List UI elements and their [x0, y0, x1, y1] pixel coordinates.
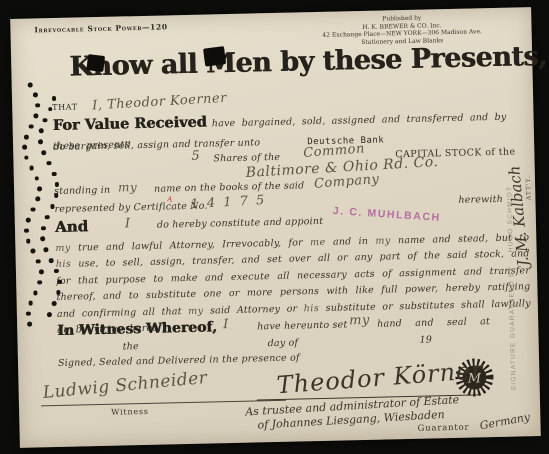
punch-hole-dot	[26, 239, 31, 244]
attorney-seg-2: and in	[333, 236, 368, 248]
punch-hole-dot	[33, 290, 38, 295]
presence-line: Signed, Sealed and Delivered in the pres…	[58, 352, 300, 368]
certificate-number-handwritten: 1 4 1 7 5	[190, 193, 267, 212]
punch-hole-dot	[52, 301, 57, 306]
ink-blot-left	[86, 54, 105, 72]
represented-by-label: represented by Certificate No.	[54, 201, 207, 215]
day-of-label: day of	[268, 338, 299, 350]
the-label: the	[123, 341, 139, 352]
punch-hole-dot	[22, 145, 27, 150]
punch-hole-dot	[54, 193, 59, 198]
witness-signature-handwritten: Ludwig Schneider	[42, 368, 208, 403]
punch-hole-dot	[41, 226, 46, 231]
punch-hole-dot	[43, 118, 48, 123]
books-text: name on the books of the said	[154, 180, 305, 194]
punch-hole-dot	[35, 197, 40, 202]
and-label: And	[55, 217, 88, 236]
attorney-seg-1: true and lawful Attorney, Irrevocably, f…	[78, 237, 303, 253]
punch-hole-dot	[40, 237, 45, 242]
punch-hole-dot	[52, 172, 57, 177]
punch-hole-dot	[49, 258, 54, 263]
witness-label: Witness	[111, 407, 149, 417]
punch-hole-dot	[33, 114, 38, 119]
punch-hole-dot	[29, 124, 34, 129]
punch-hole-dot	[24, 155, 29, 160]
punch-hole-dot	[31, 249, 36, 254]
punch-hole-dot	[50, 204, 55, 209]
punch-hole-dot	[28, 82, 33, 87]
punch-hole-dot	[26, 218, 31, 223]
photo-background: { "header": { "form_label": "Irrevocable…	[0, 0, 549, 454]
punch-hole-dot	[37, 186, 42, 191]
ink-blot-right	[203, 46, 226, 67]
year-prefix: 19	[419, 334, 432, 345]
punch-hole-dot	[57, 279, 62, 284]
punch-hole-dot	[35, 103, 40, 108]
punch-hole-dot	[39, 269, 44, 274]
form-label: Irrevocable Stock Power—120	[34, 22, 167, 34]
document-paper: Irrevocable Stock Power—120 Published by…	[10, 7, 541, 448]
punch-hole-dot	[24, 228, 29, 233]
attorney-name-stamp: J. C. MUHLBACH	[332, 205, 441, 224]
my-handwritten-2: my	[55, 243, 71, 254]
punch-hole-dot	[33, 93, 38, 98]
punch-hole-dot	[34, 176, 39, 181]
document-title: Know all Men by these Presents,	[69, 41, 547, 83]
punch-hole-dot	[29, 166, 34, 171]
my-handwritten-3: my	[375, 235, 391, 246]
punch-hole-dot	[31, 207, 36, 212]
herewith-label: herewith	[458, 194, 503, 206]
punch-hole-dot	[41, 150, 46, 155]
appoint-text: do hereby constitute and appoint	[157, 216, 323, 231]
punch-hole-dot	[24, 135, 29, 140]
guarantor-country-handwritten: Germany	[479, 410, 531, 432]
punch-hole-dot	[45, 215, 50, 220]
i-handwritten-1: I	[125, 216, 131, 231]
punch-hole-dot	[38, 139, 43, 144]
standing-in-label: standing in	[54, 185, 110, 197]
his-handwritten-2: his	[304, 303, 320, 314]
me-handwritten: me	[310, 237, 326, 248]
guarantor-label: Guarantor	[417, 423, 469, 434]
punch-hole-dot	[52, 96, 57, 101]
punch-hole-dot	[28, 322, 33, 327]
that-label: THAT	[52, 102, 78, 112]
punch-hole-dot	[28, 301, 33, 306]
margin-attorney-title: ATT'Y.	[525, 175, 533, 200]
witness-text-1: have hereunto set	[257, 319, 347, 332]
punch-hole-dot	[47, 312, 52, 317]
punch-hole-dot	[36, 259, 41, 264]
clause-text-2: do bargain, sell, assign and transfer un…	[53, 137, 260, 153]
i-handwritten-2: I	[223, 317, 229, 332]
for-value-received-label: For Value Received	[52, 114, 206, 134]
grantor-name-handwritten: I, Theodor Koerner	[92, 91, 227, 114]
shares-qty-handwritten: 5	[191, 149, 200, 164]
punch-hole-dot	[47, 161, 52, 166]
shares-of-the-label: Shares of the	[213, 152, 280, 165]
punch-hole-dot	[39, 129, 44, 134]
my-handwritten-5: my	[349, 313, 370, 328]
punch-hole-dot	[38, 280, 43, 285]
my-handwritten-1: my	[118, 180, 137, 194]
attorney-seg-5: said Attorney or	[210, 303, 298, 316]
punch-hole-dot	[26, 311, 31, 316]
punch-hole-dot	[43, 247, 48, 252]
my-handwritten-4: my	[188, 305, 204, 316]
